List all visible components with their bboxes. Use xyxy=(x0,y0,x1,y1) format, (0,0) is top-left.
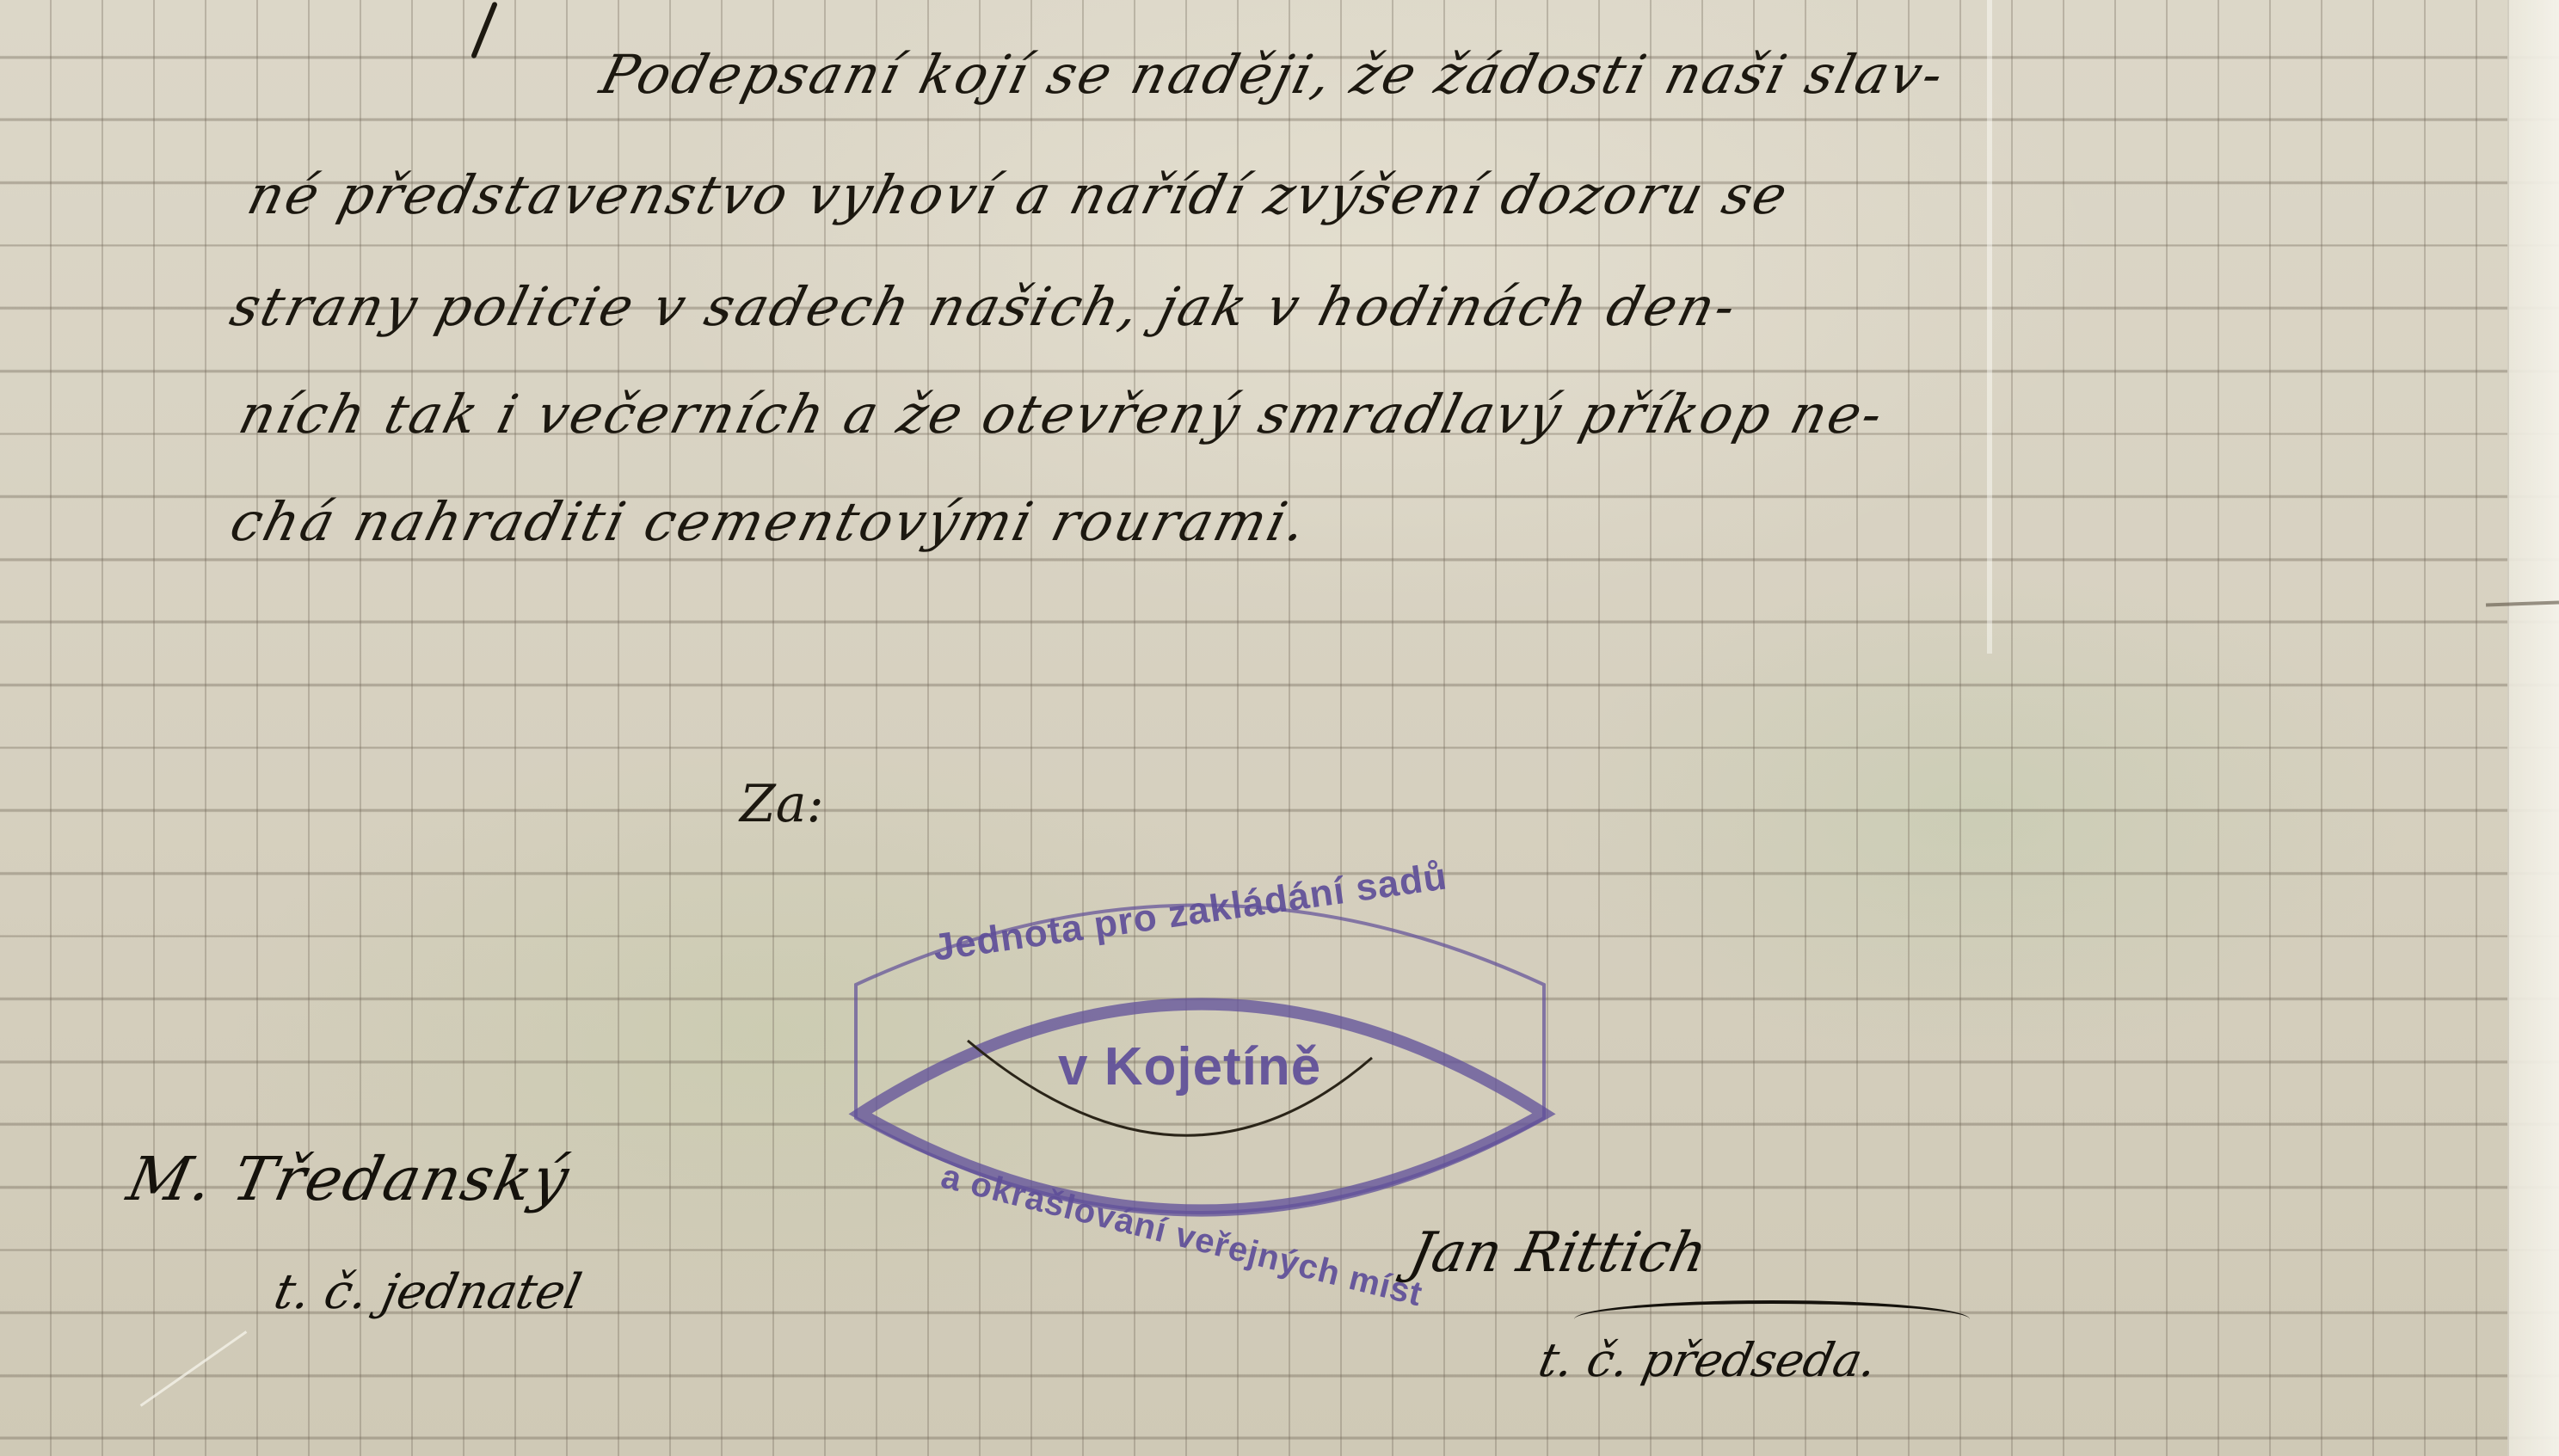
body-line-5: chá nahraditi cementovými rourami. xyxy=(225,490,1315,553)
body-line-1: Podepsaní kojí se naději, že žádosti naš… xyxy=(594,43,1952,106)
signature-name-left: M. Tředanský xyxy=(121,1144,576,1214)
signature-role-right: t. č. předseda. xyxy=(1534,1333,1882,1387)
body-line-4: ních tak i večerních a že otevřený smrad… xyxy=(233,383,1892,445)
organization-stamp: Jednota pro zakládání sadů v Kojetíně a … xyxy=(839,860,1561,1264)
signature-role-left: t. č. jednatel xyxy=(269,1264,586,1320)
body-line-2: né představenstvo vyhoví a nařídí zvýšen… xyxy=(242,163,1796,226)
closing-label: Za: xyxy=(740,774,824,834)
page-edge xyxy=(2507,0,2559,1456)
body-line-3: strany policie v sadech našich, jak v ho… xyxy=(225,275,1744,338)
stamp-center-text: v Kojetíně xyxy=(1058,1036,1321,1097)
paper-fold xyxy=(1987,0,1992,654)
signature-name-right: Jan Rittich xyxy=(1404,1221,1713,1285)
